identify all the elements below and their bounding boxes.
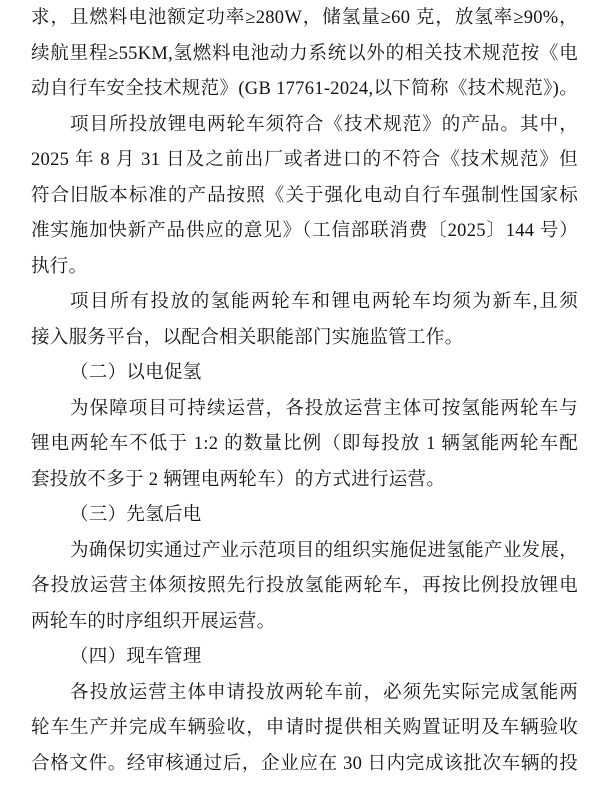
paragraph-ratio-rule: 为保障项目可持续运营，各投放运营主体可按氢能两轮车与 锂电两轮车不低于 1:2 … xyxy=(31,392,578,499)
section-heading: （四）现车管理 xyxy=(31,640,578,676)
text-line: 为确保切实通过产业示范项目的组织实施促进氢能产业发展， xyxy=(31,534,578,570)
paragraph-new-vehicle-requirement: 项目所有投放的氢能两轮车和锂电两轮车均须为新车,且须 接入服务平台，以配合相关职… xyxy=(31,285,578,356)
section-heading: （二）以电促氢 xyxy=(31,356,578,392)
paragraph-hydrogen-first-rule: 为确保切实通过产业示范项目的组织实施促进氢能产业发展， 各投放运营主体须按照先行… xyxy=(31,534,578,641)
text-line: 接入服务平台，以配合相关职能部门实施监管工作。 xyxy=(31,321,578,357)
text-line: 轮车生产并完成车辆验收，申请时提供相关购置证明及车辆验收 xyxy=(31,711,578,747)
text-line: 锂电两轮车不低于 1:2 的数量比例（即每投放 1 辆氢能两轮车配 xyxy=(31,427,578,463)
paragraph-lithium-bike-standard: 项目所投放锂电两轮车须符合《技术规范》的产品。其中， 2025 年 8 月 31… xyxy=(31,108,578,286)
document-page: 求，且燃料电池额定功率≥280W，储氢量≥60 克，放氢率≥90%， 续航里程≥… xyxy=(0,0,600,789)
text-line: 准实施加快新产品供应的意见》（工信部联消费〔2025〕144 号） xyxy=(31,214,578,250)
text-line: 两轮车的时序组织开展运营。 xyxy=(31,605,578,641)
text-line: 符合旧版本标准的产品按照《关于强化电动自行车强制性国家标 xyxy=(31,179,578,215)
text-line: 套投放不多于 2 辆锂电两轮车）的方式进行运营。 xyxy=(31,463,578,499)
paragraph-vehicle-management: 各投放运营主体申请投放两轮车前，必须先实际完成氢能两 轮车生产并完成车辆验收，申… xyxy=(31,676,578,783)
text-line: 项目所有投放的氢能两轮车和锂电两轮车均须为新车,且须 xyxy=(31,285,578,321)
text-line: 2025 年 8 月 31 日及之前出厂或者进口的不符合《技术规范》但 xyxy=(31,143,578,179)
text-line: 项目所投放锂电两轮车须符合《技术规范》的产品。其中， xyxy=(31,108,578,144)
text-line: 执行。 xyxy=(31,250,578,286)
text-line: 各投放运营主体申请投放两轮车前，必须先实际完成氢能两 xyxy=(31,676,578,712)
text-line: 求，且燃料电池额定功率≥280W，储氢量≥60 克，放氢率≥90%， xyxy=(31,1,578,37)
section-heading-4: （四）现车管理 xyxy=(31,640,578,676)
text-line: 为保障项目可持续运营，各投放运营主体可按氢能两轮车与 xyxy=(31,392,578,428)
text-line: 各投放运营主体须按照先行投放氢能两轮车，再按比例投放锂电 xyxy=(31,569,578,605)
section-heading: （三）先氢后电 xyxy=(31,498,578,534)
text-line: 合格文件。经审核通过后，企业应在 30 日内完成该批次车辆的投 xyxy=(31,747,578,783)
paragraph-continuation: 求，且燃料电池额定功率≥280W，储氢量≥60 克，放氢率≥90%， 续航里程≥… xyxy=(31,1,578,108)
section-heading-3: （三）先氢后电 xyxy=(31,498,578,534)
section-heading-2: （二）以电促氢 xyxy=(31,356,578,392)
text-line: 续航里程≥55KM,氢燃料电池动力系统以外的相关技术规范按《电 xyxy=(31,37,578,73)
text-line: 动自行车安全技术规范》(GB 17761-2024,以下简称《技术规范》)。 xyxy=(31,72,578,108)
